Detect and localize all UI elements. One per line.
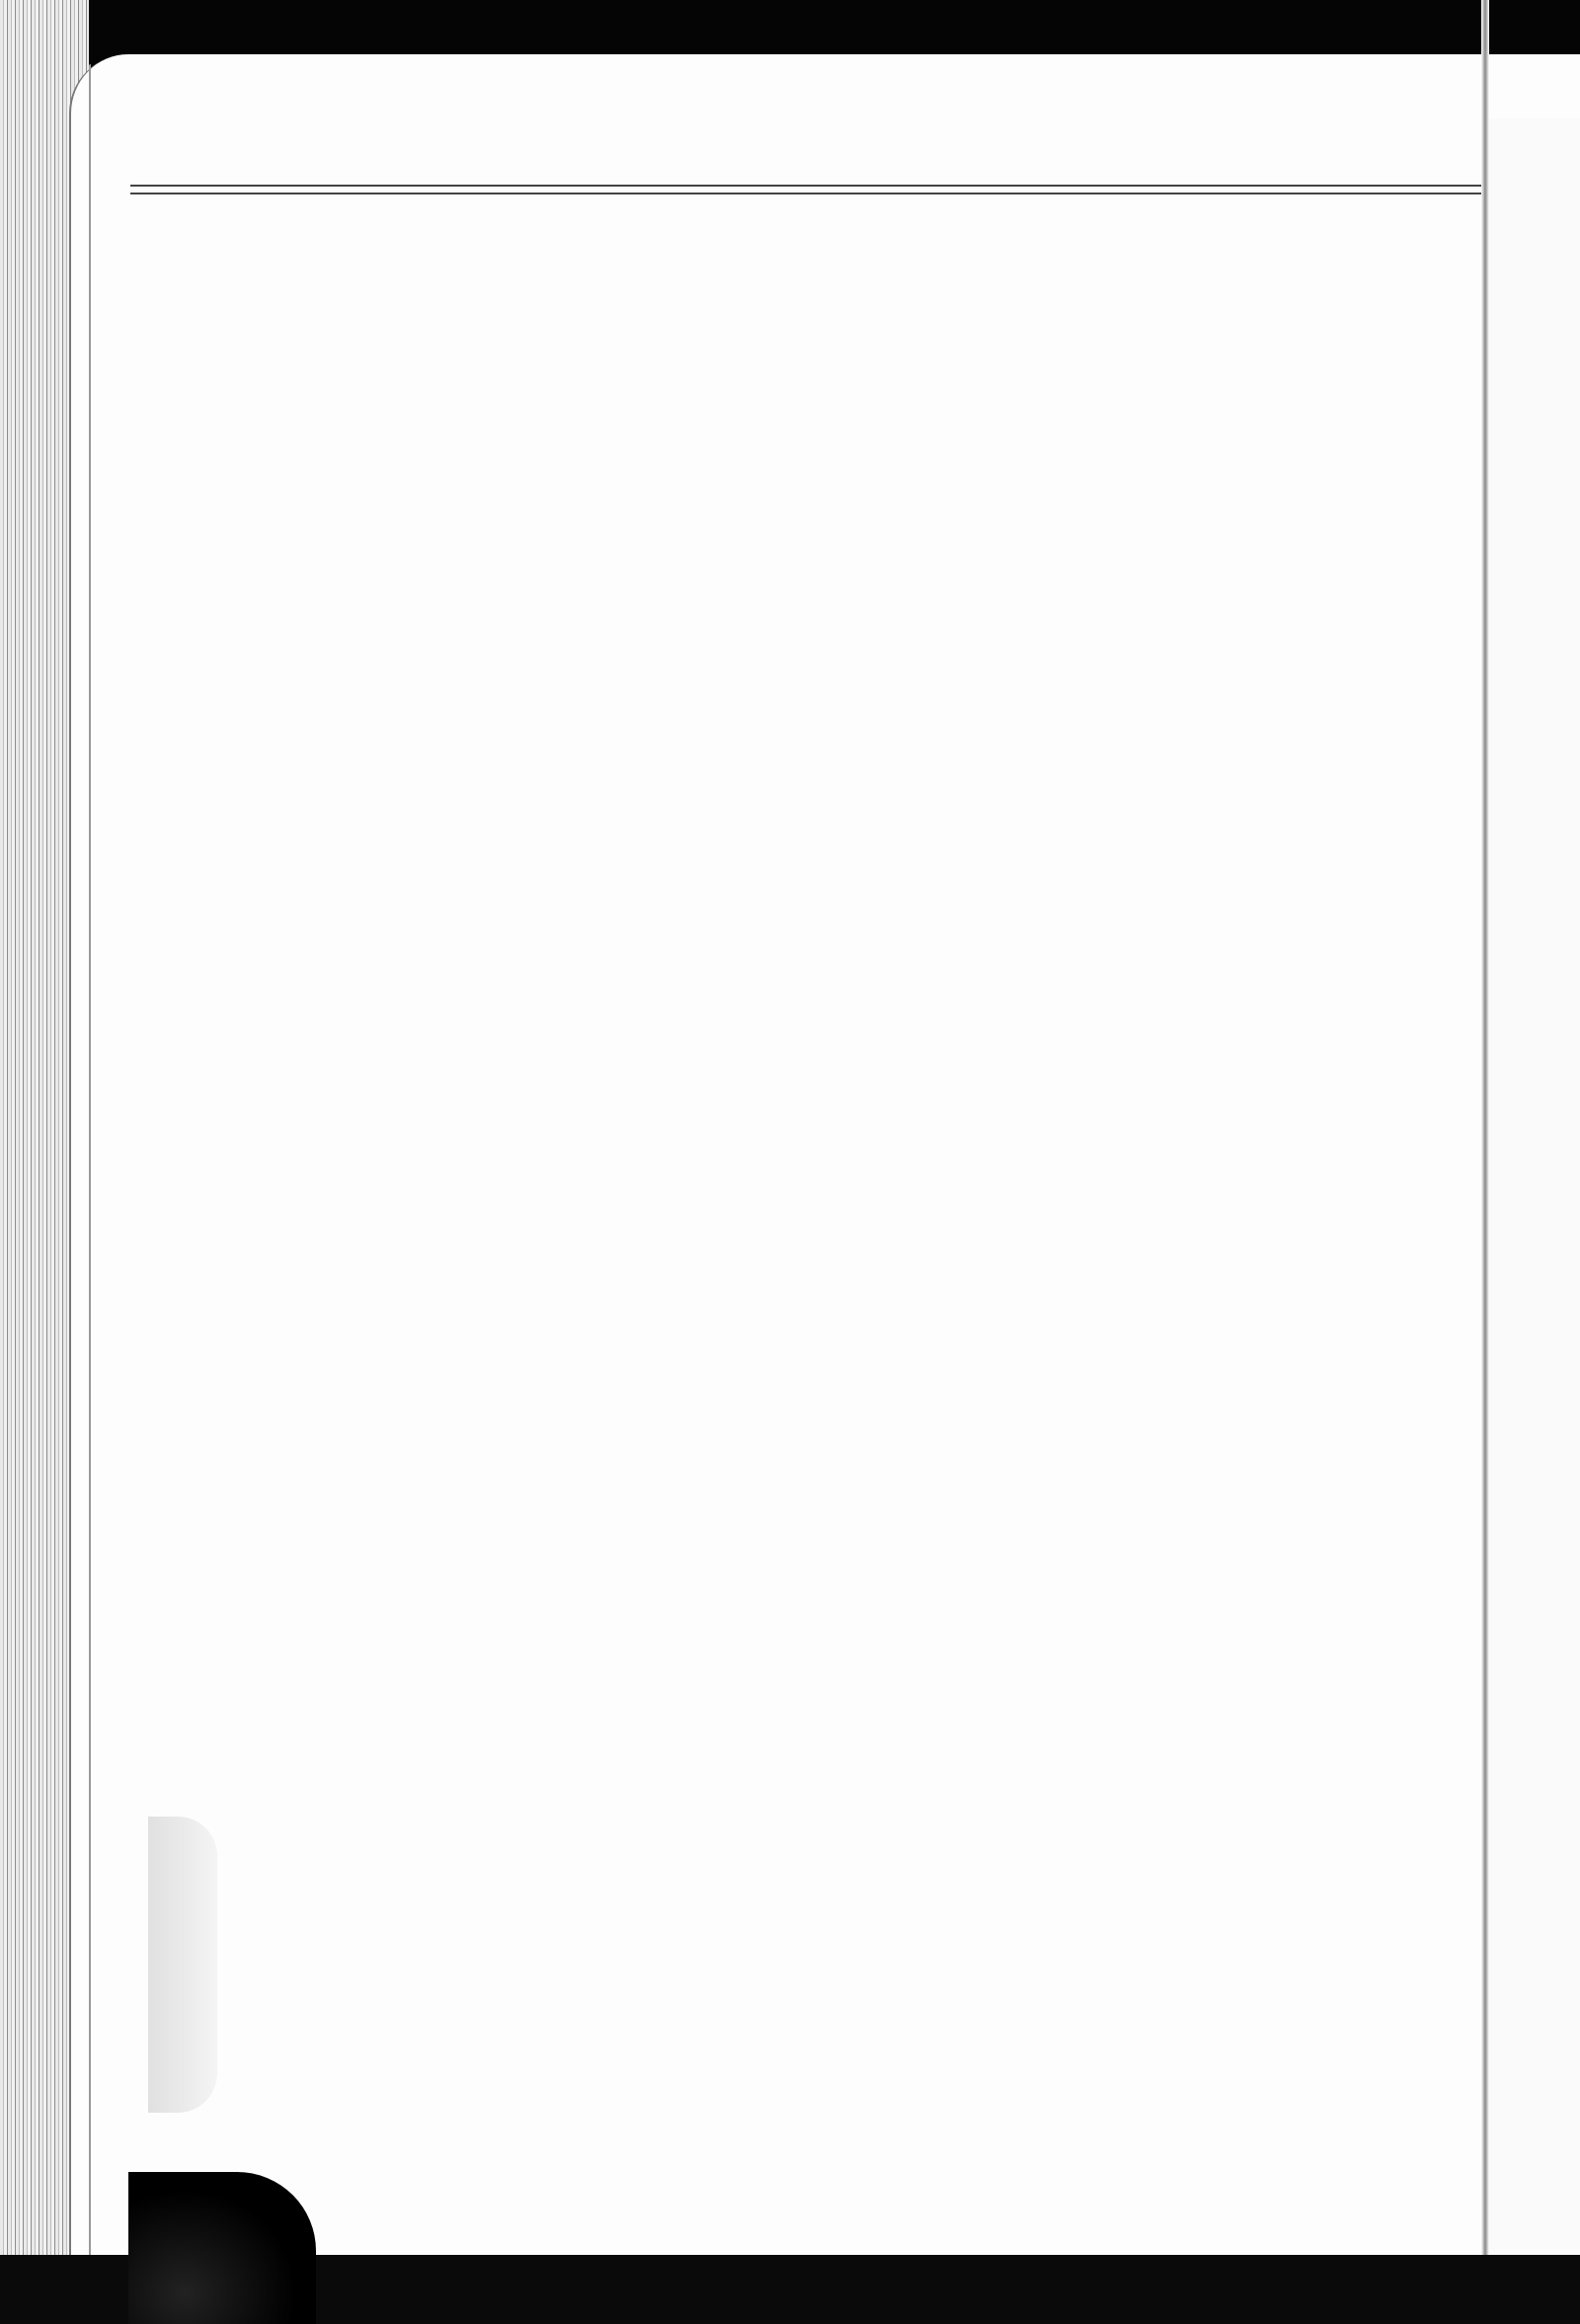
tape-mark: [148, 1817, 217, 2113]
ledger-page: [69, 54, 1580, 2266]
book-spine: [1481, 0, 1489, 2324]
title-rule: [130, 185, 1580, 194]
binder-clip: [128, 2172, 316, 2324]
facing-page: [1489, 118, 1580, 2261]
